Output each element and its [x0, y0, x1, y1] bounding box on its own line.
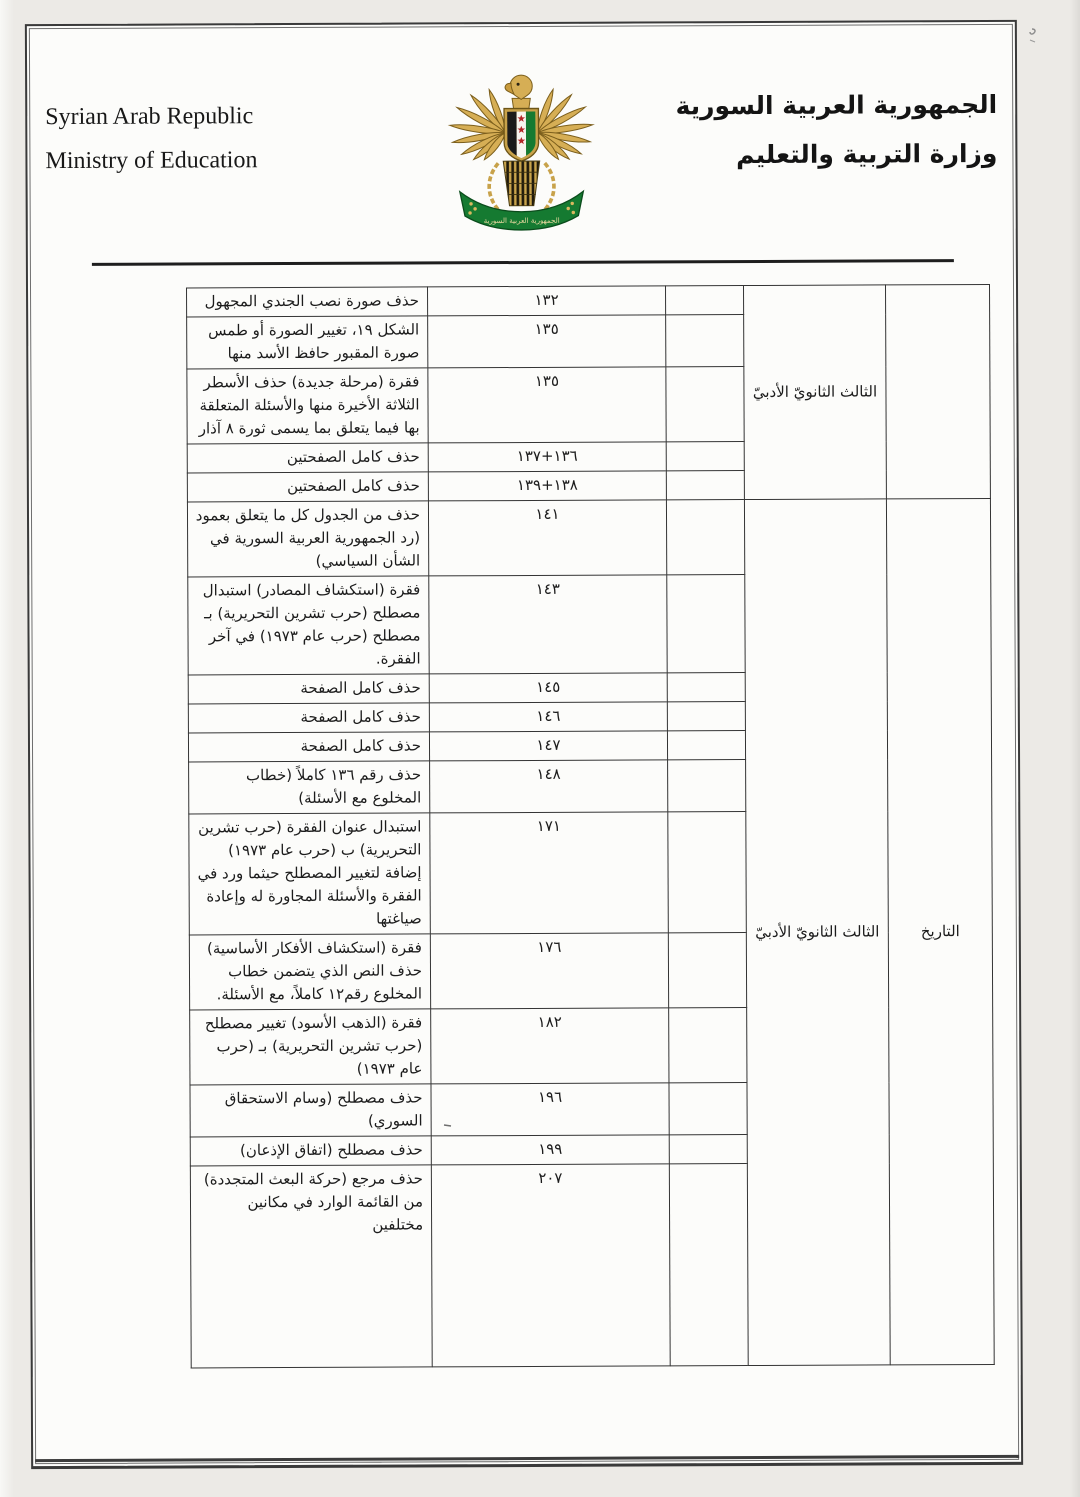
edit-description-cell: حذف مرجع (حركة البعث المتجددة) من القائم…	[190, 1165, 432, 1368]
notes-cell	[666, 500, 744, 575]
notes-cell	[669, 1164, 748, 1366]
eagle-head	[510, 75, 532, 99]
emblem-banner-text: الجمهورية العربية السورية	[484, 216, 560, 225]
edit-description-cell: فقرة (الذهب الأسود) تغيير مصطلح (حرب تشر…	[190, 1009, 431, 1085]
table-row: التاريخالثالث الثانويّ الأدبيّ١٤١حذف من …	[187, 498, 990, 577]
scanned-sheet: Syrian Arab Republic Ministry of Educati…	[25, 20, 1023, 1469]
ministry-name-ar: وزارة التربية والتعليم	[605, 139, 997, 170]
page-number-cell: ١٨٢	[431, 1008, 669, 1084]
edit-description-cell: حذف صورة نصب الجندي المجهول	[187, 287, 428, 317]
notes-cell	[669, 1008, 747, 1083]
page-number-cell: ١٤٣	[429, 575, 667, 674]
notes-cell	[667, 575, 745, 673]
edit-description-cell: فقرة (مرحلة جديدة) حذف الأسطر الثلاثة ال…	[187, 368, 428, 444]
edits-table-body: الثالث الثانويّ الأدبيّ١٣٢حذف صورة نصب ا…	[187, 284, 995, 1367]
edit-description-cell: حذف كامل الصفحة	[188, 674, 429, 704]
subject-cell	[885, 284, 990, 498]
page-number-cell: ١٤٨	[430, 760, 668, 813]
page-number-cell: ١٤١	[428, 500, 666, 576]
header-arabic: الجمهورية العربية السورية وزارة التربية …	[605, 66, 998, 239]
page-number-cell: ١٣٨+١٣٩	[428, 471, 666, 501]
subject-cell: التاريخ	[886, 498, 994, 1364]
page-number-cell: ١٣٥	[428, 315, 666, 368]
notes-cell	[666, 442, 744, 471]
wheat-ear-right	[545, 163, 554, 210]
notes-cell	[666, 286, 744, 315]
right-wing	[534, 88, 593, 162]
scan-artifact-mark	[1026, 26, 1042, 52]
edit-description-cell: حذف كامل الصفحتين	[187, 443, 428, 473]
grade-cell: الثالث الثانويّ الأدبيّ	[743, 285, 886, 500]
page-number-cell: ٢٠٧	[431, 1164, 670, 1367]
edit-description-cell: الشكل ١٩، تغيير الصورة أو طمس صورة المقب…	[187, 316, 428, 369]
edit-description-cell: حذف رقم ١٣٦ كاملاً (خطاب المخلوع مع الأس…	[189, 761, 430, 814]
page-number-cell: ١٩٦	[431, 1083, 669, 1136]
edit-description-cell: حذف كامل الصفحة	[188, 703, 429, 733]
country-name-en: Syrian Arab Republic	[45, 102, 437, 131]
notes-cell	[666, 471, 744, 500]
edit-description-cell: فقرة (استكشاف المصادر) استبدال مصطلح (حر…	[188, 576, 429, 675]
edit-description-cell: حذف كامل الصفحتين	[187, 472, 428, 502]
edit-description-cell: فقرة (استكشاف الأفكار الأساسية) حذف النص…	[189, 934, 430, 1010]
page-number-cell: ١٩٩	[431, 1135, 669, 1165]
document-header: Syrian Arab Republic Ministry of Educati…	[27, 66, 1016, 241]
page-number-cell: ١٧٦	[430, 933, 668, 1009]
bottom-frame-line	[35, 1455, 1019, 1462]
header-separator-rule	[92, 259, 954, 266]
notes-cell	[668, 812, 747, 933]
notes-cell	[669, 1083, 747, 1135]
wheat-ear-left	[489, 163, 498, 210]
edit-description-cell: استبدال عنوان الفقرة (حرب تشرين التحريري…	[189, 813, 431, 935]
grade-cell: الثالث الثانويّ الأدبيّ	[744, 499, 890, 1366]
scan-artifact-dash	[443, 1122, 453, 1128]
flag-shield	[504, 108, 539, 162]
notes-cell	[667, 731, 745, 760]
notes-cell	[666, 367, 744, 442]
edit-description-cell: حذف مصطلح (اتفاق الإذعان)	[190, 1136, 431, 1166]
syrian-eagle-emblem: الجمهورية العربية السورية	[445, 68, 598, 240]
page-number-cell: ١٣٢	[428, 286, 666, 316]
eagle-emblem-graphic: الجمهورية العربية السورية	[445, 68, 598, 236]
scanned-page-background: { "header": { "english": ["Syrian Arab R…	[0, 0, 1080, 1497]
notes-cell	[666, 315, 744, 367]
notes-cell	[667, 702, 745, 731]
page-number-cell: ١٤٥	[429, 673, 667, 703]
page-number-cell: ١٣٥	[428, 367, 666, 443]
page-number-cell: ١٤٧	[429, 731, 667, 761]
page-number-cell: ١٤٦	[429, 702, 667, 732]
header-english: Syrian Arab Republic Ministry of Educati…	[45, 68, 438, 241]
ministry-name-en: Ministry of Education	[45, 146, 437, 175]
edit-description-cell: حذف كامل الصفحة	[188, 732, 429, 762]
page-number-cell: ١٣٦+١٣٧	[428, 442, 666, 472]
edit-description-cell: حذف من الجدول كل ما يتعلق بعمود (رد الجم…	[187, 501, 428, 577]
country-name-ar: الجمهورية العربية السورية	[605, 90, 997, 121]
left-wing	[449, 88, 508, 162]
edit-description-cell: حذف مصطلح (وسام الاستحقاق السوري)	[190, 1084, 431, 1137]
page-number-cell: ١٧١	[430, 812, 669, 934]
notes-cell	[669, 1135, 747, 1164]
textbook-edits-table: الثالث الثانويّ الأدبيّ١٣٢حذف صورة نصب ا…	[186, 284, 995, 1368]
notes-cell	[668, 933, 746, 1008]
notes-cell	[667, 673, 745, 702]
table-row: الثالث الثانويّ الأدبيّ١٣٢حذف صورة نصب ا…	[187, 284, 990, 317]
notes-cell	[668, 760, 746, 812]
